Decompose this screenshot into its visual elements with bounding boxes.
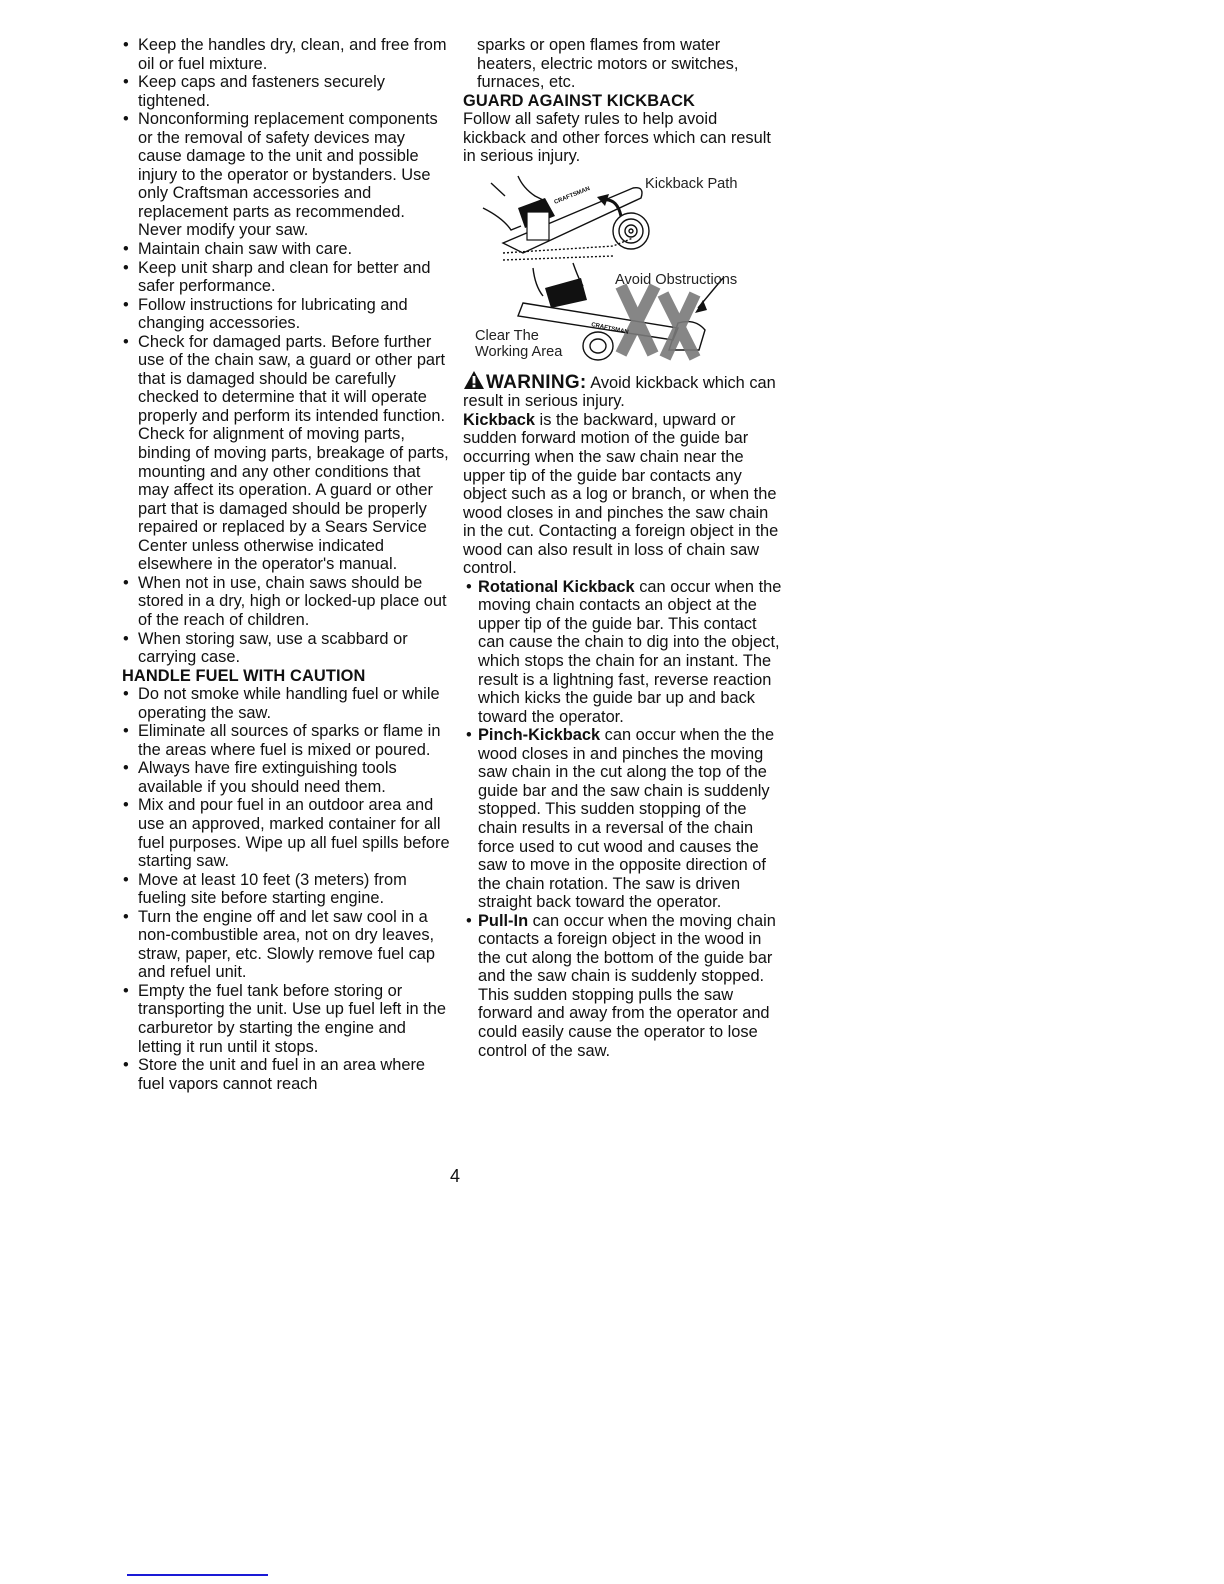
list-item: Keep unit sharp and clean for better and… <box>122 259 452 296</box>
kickback-intro: Follow all safety rules to help avoid ki… <box>463 110 783 166</box>
list-item: Follow instructions for lubricating and … <box>122 296 452 333</box>
kickback-types-list: Rotational Kickback can occur when the m… <box>463 578 783 1060</box>
term-rotational: Rotational Kickback <box>478 578 635 596</box>
svg-text:CRAFTSMAN: CRAFTSMAN <box>554 186 591 206</box>
list-item: Rotational Kickback can occur when the m… <box>463 578 783 726</box>
list-item: Pinch-Kickback can occur when the the wo… <box>463 726 783 911</box>
kickback-definition: Kickback is the backward, upward or sudd… <box>463 411 783 578</box>
list-item: Keep the handles dry, clean, and free fr… <box>122 36 452 73</box>
term-description: can occur when the moving chain contacts… <box>478 578 781 726</box>
left-column: Keep the handles dry, clean, and free fr… <box>122 36 452 1093</box>
list-item: Always have fire extinguishing tools ava… <box>122 759 452 796</box>
term-pull-in: Pull-In <box>478 912 528 930</box>
list-item: Maintain chain saw with care. <box>122 240 452 259</box>
list-item: Turn the engine off and let saw cool in … <box>122 908 452 982</box>
list-item: Pull-In can occur when the moving chain … <box>463 912 783 1060</box>
warning-triangle-icon <box>463 370 485 390</box>
right-column: sparks or open flames from water heaters… <box>463 36 783 1060</box>
list-item: Check for damaged parts. Before further … <box>122 333 452 574</box>
kickback-illustration: CRAFTSMAN CRAFTSMAN <box>463 168 783 364</box>
list-item: Eliminate all sources of sparks or flame… <box>122 722 452 759</box>
fuel-list: Do not smoke while handling fuel or whil… <box>122 685 452 1093</box>
list-item: When storing saw, use a scabbard or carr… <box>122 630 452 667</box>
label-clear-line1: Clear The <box>475 328 539 345</box>
section-heading-kickback: GUARD AGAINST KICKBACK <box>463 92 783 111</box>
label-avoid-obstructions: Avoid Obstructions <box>615 272 737 289</box>
list-item: Do not smoke while handling fuel or whil… <box>122 685 452 722</box>
section-heading-fuel: HANDLE FUEL WITH CAUTION <box>122 667 452 686</box>
list-item: Move at least 10 feet (3 meters) from fu… <box>122 871 452 908</box>
warning-label: WARNING: <box>486 372 587 393</box>
page-number: 4 <box>450 1166 460 1187</box>
list-item: Store the unit and fuel in an area where… <box>122 1056 452 1093</box>
term-description: can occur when the moving chain contacts… <box>478 912 776 1060</box>
label-kickback-path: Kickback Path <box>645 176 737 193</box>
definition-text: is the backward, upward or sudden forwar… <box>463 411 778 577</box>
list-item: Nonconforming replacement components or … <box>122 110 452 240</box>
maintenance-list: Keep the handles dry, clean, and free fr… <box>122 36 452 667</box>
term-pinch: Pinch-Kickback <box>478 726 600 744</box>
list-item: Empty the fuel tank before storing or tr… <box>122 982 452 1056</box>
label-clear-line2: Working Area <box>475 344 562 361</box>
footer-rule <box>127 1574 268 1576</box>
list-item: Mix and pour fuel in an outdoor area and… <box>122 796 452 870</box>
term-kickback: Kickback <box>463 411 535 429</box>
list-item: When not in use, chain saws should be st… <box>122 574 452 630</box>
list-item: Keep caps and fasteners securely tighten… <box>122 73 452 110</box>
warning-callout: WARNING: Avoid kickback which can result… <box>463 370 783 411</box>
continued-text: sparks or open flames from water heaters… <box>463 36 783 92</box>
term-description: can occur when the the wood closes in an… <box>478 726 774 911</box>
